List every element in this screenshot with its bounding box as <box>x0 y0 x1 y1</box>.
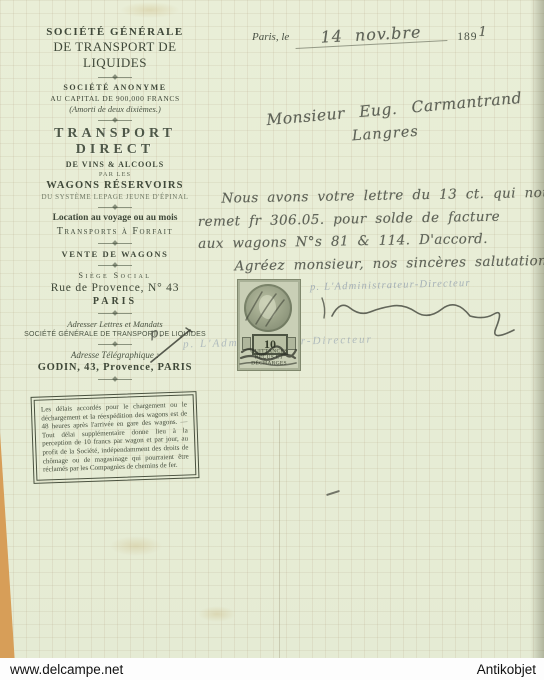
director-signature <box>318 286 543 341</box>
company-name-line2: DE TRANSPORT DE LIQUIDES <box>20 39 210 71</box>
systeme-lepage-line: DU SYSTÈME LEPAGE JEUNE D'ÉPINAL <box>20 193 210 201</box>
watermark-right: Antikobjet <box>477 662 536 677</box>
company-name-line1: SOCIÉTÉ GÉNÉRALE <box>20 26 210 38</box>
address-street: Rue de Provence, N° 43 <box>20 282 210 294</box>
date-handwritten-year-digit: 1 <box>479 25 487 40</box>
transports-forfait-line: Transports à Forfait <box>20 226 210 237</box>
pen-stroke <box>146 324 196 368</box>
ornament-divider <box>98 341 132 347</box>
stamp-cancellation-scrawl <box>238 280 300 370</box>
paper-stain <box>110 536 162 556</box>
vins-alcools-line: DE VINS & ALCOOLS <box>20 160 210 169</box>
vente-wagons-line: VENTE DE WAGONS <box>20 249 210 259</box>
ornament-divider <box>98 240 132 246</box>
address-city: PARIS <box>20 296 210 307</box>
fold-crease <box>279 420 280 660</box>
letter-paper: SOCIÉTÉ GÉNÉRALE DE TRANSPORT DE LIQUIDE… <box>0 0 544 680</box>
siege-social-label: Siège Social <box>20 271 210 280</box>
ornament-divider <box>98 376 132 382</box>
photo-canvas: SOCIÉTÉ GÉNÉRALE DE TRANSPORT DE LIQUIDE… <box>0 0 544 680</box>
letter-body: Nous avons votre lettre du 13 ct. qui no… <box>197 182 544 278</box>
watermark-left: www.delcampe.net <box>10 662 123 677</box>
ornament-divider <box>98 262 132 268</box>
capital-line: AU CAPITAL DE 900,000 FRANCS <box>20 94 210 103</box>
par-les-line: PAR LES <box>20 171 210 178</box>
paper-stain <box>198 606 236 622</box>
ornament-divider <box>98 204 132 210</box>
conditions-notice-box: Les délais accordés pour le chargement o… <box>31 391 200 483</box>
recipient-name: Monsieur Eug. Carmantrand <box>266 89 523 129</box>
paper-stain <box>120 2 180 18</box>
location-line: Location au voyage ou au mois <box>20 213 210 223</box>
amorti-line: (Amorti de deux dixièmes.) <box>20 104 210 114</box>
stray-ink-mark <box>326 490 340 496</box>
wagons-reservoirs-line: WAGONS RÉSERVOIRS <box>20 180 210 191</box>
date-handwritten: 14 nov.bre <box>295 21 448 49</box>
societe-anonyme: SOCIÉTÉ ANONYME <box>20 83 210 92</box>
ornament-divider <box>98 74 132 80</box>
recipient-city: Langres <box>352 124 420 145</box>
watermark-strip: www.delcampe.net Antikobjet <box>0 658 544 680</box>
ornament-divider <box>98 117 132 123</box>
date-printed-year: 189 <box>457 31 477 43</box>
dateline: Paris, le 14 nov.bre 189 1 <box>252 25 487 45</box>
ornament-divider <box>98 310 132 316</box>
letterhead: SOCIÉTÉ GÉNÉRALE DE TRANSPORT DE LIQUIDE… <box>20 26 210 481</box>
fiscal-revenue-stamp: 10 QUITTANCES REÇUS ET DÉCHARGES <box>237 279 301 371</box>
date-printed-prefix: Paris, le <box>252 31 289 43</box>
transport-direct-title: TRANSPORT DIRECT <box>20 126 210 158</box>
